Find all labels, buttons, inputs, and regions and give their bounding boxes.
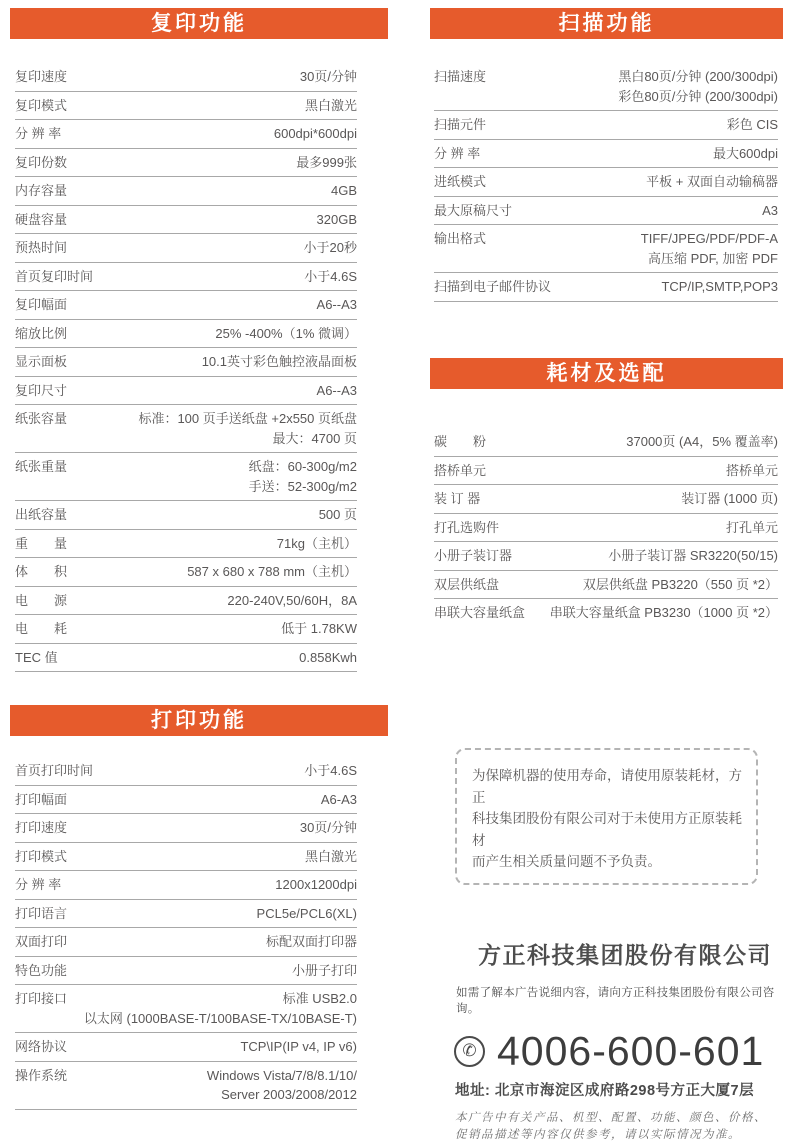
spec-row: 双面打印 标配双面打印器: [15, 928, 357, 957]
spec-value: 0.858Kwh: [299, 648, 357, 668]
spec-value: 最大600dpi: [713, 144, 778, 164]
spec-label: 打印速度: [15, 818, 67, 838]
company-address: 地址: 北京市海淀区成府路298号方正大厦7层: [455, 1079, 783, 1100]
spec-row: 内存容量 4GB: [15, 177, 357, 206]
consumables-section-header: 耗材及选配: [430, 358, 783, 389]
spec-row: 出纸容量 500 页: [15, 501, 357, 530]
spec-label: TEC 值: [15, 648, 58, 668]
spec-label: 缩放比例: [15, 324, 67, 344]
spec-label: 双面打印: [15, 932, 67, 952]
spec-label: 双层供纸盘: [434, 575, 499, 595]
consumables-section: 耗材及选配 碳 粉 37000页 (A4，5% 覆盖率) 搭桥单元 搭桥单元 装…: [430, 358, 783, 627]
spec-row: 最大原稿尺寸 A3: [434, 197, 778, 226]
spec-row: 缩放比例 25% -400%（1% 微调）: [15, 320, 357, 349]
spec-label: 小册子装订器: [434, 546, 512, 566]
spec-row: 双层供纸盘 双层供纸盘 PB3220（550 页 *2）: [434, 571, 778, 600]
spec-label: 纸张容量: [15, 409, 67, 429]
spec-value: 黑白80页/分钟 (200/300dpi) 彩色80页/分钟 (200/300d…: [618, 67, 778, 106]
spec-row: 电 源 220-240V,50/60H，8A: [15, 587, 357, 616]
scan-spec-table: 扫描速度 黑白80页/分钟 (200/300dpi) 彩色80页/分钟 (200…: [434, 63, 778, 302]
spec-value: 黑白激光: [305, 96, 357, 116]
spec-row: 纸张容量 标准：100 页手送纸盘 +2x550 页纸盘 最大：4700 页: [15, 405, 357, 453]
spec-value: 小册子打印: [292, 961, 357, 981]
spec-row: 复印份数 最多999张: [15, 149, 357, 178]
spec-label: 内存容量: [15, 181, 67, 201]
spec-value: 搭桥单元: [726, 461, 778, 481]
spec-row: 扫描速度 黑白80页/分钟 (200/300dpi) 彩色80页/分钟 (200…: [434, 63, 778, 111]
spec-row: 打印幅面 A6-A3: [15, 786, 357, 815]
spec-value: 纸盘：60-300g/m2 手送：52-300g/m2: [249, 457, 357, 496]
spec-value: 220-240V,50/60H，8A: [227, 591, 357, 611]
spec-label: 网络协议: [15, 1037, 67, 1057]
spec-label: 复印尺寸: [15, 381, 67, 401]
spec-value: 标准 USB2.0 以太网 (1000BASE-T/100BASE-TX/10B…: [84, 989, 357, 1028]
spec-value: 4GB: [331, 181, 357, 201]
spec-row: 硬盘容量 320GB: [15, 206, 357, 235]
scan-section-header: 扫描功能: [430, 8, 783, 39]
spec-label: 首页打印时间: [15, 761, 93, 781]
spec-row: 首页复印时间 小于4.6S: [15, 263, 357, 292]
spec-value: 71kg（主机）: [277, 534, 357, 554]
phone-row: ✆ 4006-600-601: [454, 1028, 783, 1075]
spec-label: 电 耗: [15, 619, 67, 639]
spec-row: 搭桥单元 搭桥单元: [434, 457, 778, 486]
spec-row: 重 量 71kg（主机）: [15, 530, 357, 559]
spec-row: 扫描到电子邮件协议 TCP/IP,SMTP,POP3: [434, 273, 778, 302]
spec-row: 打印接口 标准 USB2.0 以太网 (1000BASE-T/100BASE-T…: [15, 985, 357, 1033]
spec-row: 碳 粉 37000页 (A4，5% 覆盖率): [434, 428, 778, 457]
spec-value: 最多999张: [296, 153, 357, 173]
phone-icon: ✆: [454, 1036, 485, 1067]
legal-fine-print: 本广告中有关产品、机型、配置、功能、颜色、价格、 促销品描述等内容仅供参考，请以…: [455, 1110, 783, 1141]
spec-value: Windows Vista/7/8/8.1/10/ Server 2003/20…: [207, 1066, 357, 1105]
spec-label: 输出格式: [434, 229, 486, 249]
spec-row: 打印速度 30页/分钟: [15, 814, 357, 843]
spec-value: TCP/IP,SMTP,POP3: [661, 277, 778, 297]
spec-label: 扫描元件: [434, 115, 486, 135]
spec-value: 30页/分钟: [300, 818, 357, 838]
spec-label: 碳 粉: [434, 432, 486, 452]
spec-row: 分 辨 率 1200x1200dpi: [15, 871, 357, 900]
company-footer: 为保障机器的使用寿命，请使用原装耗材，方正 科技集团股份有限公司对于未使用方正原…: [430, 748, 783, 1141]
copy-section-header: 复印功能: [10, 8, 388, 39]
spec-value: 装订器 (1000 页): [681, 489, 778, 509]
spec-value: A6-A3: [321, 790, 357, 810]
print-section-header: 打印功能: [10, 705, 388, 736]
spec-row: 扫描元件 彩色 CIS: [434, 111, 778, 140]
spec-row: 纸张重量 纸盘：60-300g/m2 手送：52-300g/m2: [15, 453, 357, 501]
consumables-spec-table: 碳 粉 37000页 (A4，5% 覆盖率) 搭桥单元 搭桥单元 装 订 器 装…: [434, 428, 778, 627]
spec-row: 打印语言 PCL5e/PCL6(XL): [15, 900, 357, 929]
spec-row: 打印模式 黑白激光: [15, 843, 357, 872]
spec-label: 预热时间: [15, 238, 67, 258]
scan-section: 扫描功能 扫描速度 黑白80页/分钟 (200/300dpi) 彩色80页/分钟…: [430, 8, 783, 302]
spec-row: 操作系统 Windows Vista/7/8/8.1/10/ Server 20…: [15, 1062, 357, 1110]
spec-row: 预热时间 小于20秒: [15, 234, 357, 263]
spec-label: 扫描到电子邮件协议: [434, 277, 551, 297]
spec-row: 复印幅面 A6--A3: [15, 291, 357, 320]
spec-row: 网络协议 TCP\IP(IP v4, IP v6): [15, 1033, 357, 1062]
spec-value: TIFF/JPEG/PDF/PDF-A 高压缩 PDF, 加密 PDF: [641, 229, 778, 268]
copy-section: 复印功能 复印速度 30页/分钟 复印模式 黑白激光 分 辨 率 600dpi*…: [10, 8, 388, 672]
spec-value: 小于4.6S: [304, 761, 357, 781]
spec-row: TEC 值 0.858Kwh: [15, 644, 357, 673]
spec-label: 硬盘容量: [15, 210, 67, 230]
spec-value: 串联大容量纸盒 PB3230（1000 页 *2）: [550, 603, 778, 623]
print-section: 打印功能 首页打印时间 小于4.6S 打印幅面 A6-A3 打印速度 30页/分…: [10, 705, 388, 1110]
spec-row: 首页打印时间 小于4.6S: [15, 757, 357, 786]
spec-row: 装 订 器 装订器 (1000 页): [434, 485, 778, 514]
spec-row: 串联大容量纸盒 串联大容量纸盒 PB3230（1000 页 *2）: [434, 599, 778, 627]
spec-row: 体 积 587 x 680 x 788 mm（主机）: [15, 558, 357, 587]
spec-label: 显示面板: [15, 352, 67, 372]
spec-label: 重 量: [15, 534, 67, 554]
spec-value: 30页/分钟: [300, 67, 357, 87]
spec-value: 587 x 680 x 788 mm（主机）: [187, 562, 357, 582]
spec-label: 打印接口: [15, 989, 67, 1009]
spec-row: 分 辨 率 最大600dpi: [434, 140, 778, 169]
spec-value: 黑白激光: [305, 847, 357, 867]
spec-label: 打孔选购件: [434, 518, 499, 538]
spec-value: 低于 1.78KW: [281, 619, 357, 639]
spec-label: 最大原稿尺寸: [434, 201, 512, 221]
spec-label: 搭桥单元: [434, 461, 486, 481]
spec-value: 小册子装订器 SR3220(50/15): [608, 546, 778, 566]
spec-label: 分 辨 率: [15, 124, 61, 144]
spec-label: 扫描速度: [434, 67, 486, 87]
spec-row: 复印速度 30页/分钟: [15, 63, 357, 92]
spec-value: 标配双面打印器: [266, 932, 357, 952]
spec-label: 打印幅面: [15, 790, 67, 810]
spec-value: A6--A3: [317, 381, 357, 401]
print-spec-table: 首页打印时间 小于4.6S 打印幅面 A6-A3 打印速度 30页/分钟 打印模…: [15, 757, 357, 1110]
spec-label: 特色功能: [15, 961, 67, 981]
spec-label: 复印幅面: [15, 295, 67, 315]
spec-row: 复印尺寸 A6--A3: [15, 377, 357, 406]
spec-value: 600dpi*600dpi: [274, 124, 357, 144]
spec-value: 打孔单元: [726, 518, 778, 538]
spec-value: 彩色 CIS: [727, 115, 778, 135]
spec-row: 输出格式 TIFF/JPEG/PDF/PDF-A 高压缩 PDF, 加密 PDF: [434, 225, 778, 273]
spec-label: 打印语言: [15, 904, 67, 924]
spec-value: A3: [762, 201, 778, 221]
spec-label: 打印模式: [15, 847, 67, 867]
spec-label: 纸张重量: [15, 457, 67, 477]
spec-label: 操作系统: [15, 1066, 67, 1086]
spec-value: 320GB: [317, 210, 357, 230]
spec-row: 复印模式 黑白激光: [15, 92, 357, 121]
spec-value: 500 页: [319, 505, 357, 525]
spec-label: 体 积: [15, 562, 67, 582]
spec-row: 分 辨 率 600dpi*600dpi: [15, 120, 357, 149]
spec-label: 出纸容量: [15, 505, 67, 525]
spec-label: 串联大容量纸盒: [434, 603, 525, 623]
spec-row: 显示面板 10.1英寸彩色触控液晶面板: [15, 348, 357, 377]
spec-label: 进纸模式: [434, 172, 486, 192]
spec-value: A6--A3: [317, 295, 357, 315]
spec-value: 小于4.6S: [304, 267, 357, 287]
spec-label: 复印份数: [15, 153, 67, 173]
spec-label: 复印速度: [15, 67, 67, 87]
spec-value: 37000页 (A4，5% 覆盖率): [626, 432, 778, 452]
phone-number: 4006-600-601: [497, 1028, 764, 1075]
spec-label: 复印模式: [15, 96, 67, 116]
spec-row: 进纸模式 平板 + 双面自动输稿器: [434, 168, 778, 197]
spec-value: PCL5e/PCL6(XL): [257, 904, 357, 924]
spec-value: 平板 + 双面自动输稿器: [646, 172, 778, 192]
spec-value: 标准：100 页手送纸盘 +2x550 页纸盘 最大：4700 页: [138, 409, 357, 448]
spec-label: 装 订 器: [434, 489, 480, 509]
copy-spec-table: 复印速度 30页/分钟 复印模式 黑白激光 分 辨 率 600dpi*600dp…: [15, 63, 357, 672]
spec-value: 25% -400%（1% 微调）: [215, 324, 357, 344]
spec-value: 1200x1200dpi: [275, 875, 357, 895]
spec-value: 10.1英寸彩色触控液晶面板: [202, 352, 357, 372]
spec-label: 分 辨 率: [15, 875, 61, 895]
spec-row: 打孔选购件 打孔单元: [434, 514, 778, 543]
company-name: 方正科技集团股份有限公司: [478, 937, 783, 970]
spec-row: 特色功能 小册子打印: [15, 957, 357, 986]
spec-label: 首页复印时间: [15, 267, 93, 287]
consumables-notice-box: 为保障机器的使用寿命，请使用原装耗材，方正 科技集团股份有限公司对于未使用方正原…: [455, 748, 758, 885]
company-tagline: 如需了解本广告说细内容，请向方正科技集团股份有限公司咨询。: [456, 984, 783, 1016]
spec-value: 双层供纸盘 PB3220（550 页 *2）: [583, 575, 778, 595]
spec-label: 分 辨 率: [434, 144, 480, 164]
spec-value: 小于20秒: [304, 238, 357, 258]
spec-value: TCP\IP(IP v4, IP v6): [240, 1037, 357, 1057]
spec-label: 电 源: [15, 591, 67, 611]
spec-row: 小册子装订器 小册子装订器 SR3220(50/15): [434, 542, 778, 571]
spec-row: 电 耗 低于 1.78KW: [15, 615, 357, 644]
